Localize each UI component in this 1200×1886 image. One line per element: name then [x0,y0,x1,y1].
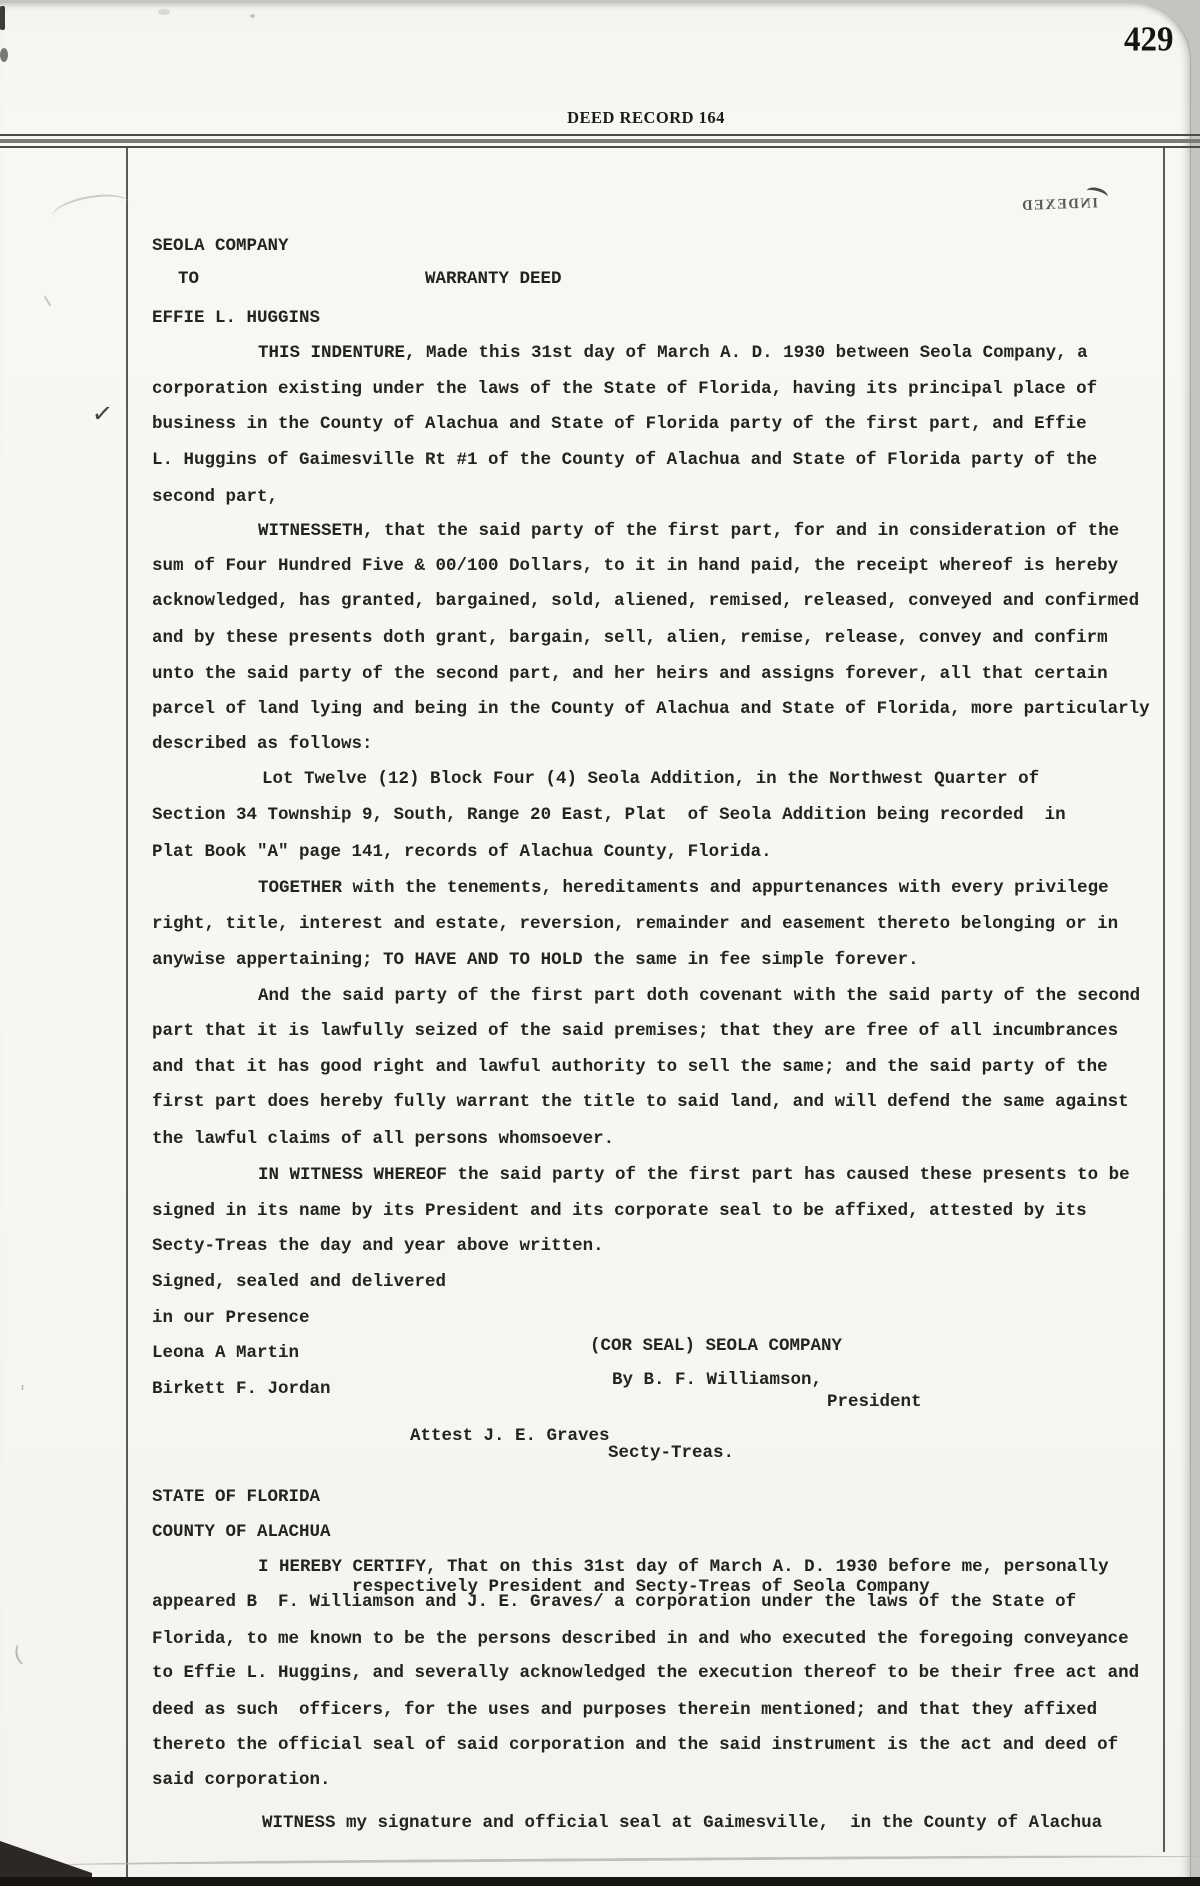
notary-line: thereto the official seal of said corpor… [152,1734,1118,1756]
dust-speck [250,14,255,18]
deed-line: L. Huggins of Gaimesville Rt #1 of the C… [152,449,1097,471]
scanned-deed-page: { "page": { "number": "429", "header": "… [0,0,1200,1886]
scan-background-band [0,1877,1200,1886]
deed-line: sum of Four Hundred Five & 00/100 Dollar… [152,555,1118,577]
legal-description: Section 34 Township 9, South, Range 20 E… [152,804,1066,826]
notary-line: said corporation. [152,1769,331,1791]
deed-line: second part, [152,486,278,508]
deed-line: And the said party of the first part dot… [258,985,1140,1007]
horizontal-rule [0,146,1200,148]
attest-line: Attest J. E. Graves [410,1425,610,1447]
deed-line: anywise appertaining; TO HAVE AND TO HOL… [152,949,919,971]
notary-line: I HEREBY CERTIFY, That on this 31st day … [258,1556,1109,1578]
deed-line: signed in its name by its President and … [152,1200,1087,1222]
president-title: President [827,1391,922,1413]
grantor-name: SEOLA COMPANY [152,235,289,257]
deed-line: THIS INDENTURE, Made this 31st day of Ma… [258,342,1088,364]
deed-line: and by these presents doth grant, bargai… [152,627,1108,649]
deed-line: described as follows: [152,733,373,755]
horizontal-rule [0,134,1200,136]
edge-speck [0,48,8,62]
right-margin-rule [1163,148,1165,1852]
deed-line: in our Presence [152,1307,310,1329]
president-signature: By B. F. Williamson, [612,1369,822,1391]
secty-treas-title: Secty-Treas. [608,1442,734,1464]
deed-line: and that it has good right and lawful au… [152,1056,1108,1078]
notary-line: to Effie L. Huggins, and severally ackno… [152,1662,1139,1684]
deed-line: corporation existing under the laws of t… [152,378,1097,400]
deed-line: WITNESSETH, that the said party of the f… [258,520,1119,542]
to-label: TO [178,268,199,290]
grantee-name: EFFIE L. HUGGINS [152,307,320,329]
horizontal-rule [0,139,1200,143]
deed-line: part that it is lawfully seized of the s… [152,1020,1118,1042]
deed-line: first part does hereby fully warrant the… [152,1091,1129,1113]
page-number: 429 [1124,21,1174,60]
deed-line: TOGETHER with the tenements, hereditamen… [258,877,1109,899]
notary-line: WITNESS my signature and official seal a… [262,1812,1102,1834]
witness-signature: Leona A Martin [152,1342,299,1364]
deed-line: acknowledged, has granted, bargained, so… [152,590,1139,612]
dust-speck [158,9,170,15]
margin-checkmark: ✓ [91,398,115,429]
left-margin-rule [126,148,128,1886]
deed-line: Signed, sealed and delivered [152,1271,446,1293]
deed-line: IN WITNESS WHEREOF the said party of the… [258,1164,1130,1186]
legal-description: Plat Book "A" page 141, records of Alach… [152,841,772,863]
state-caption: STATE OF FLORIDA [152,1486,320,1508]
deed-line: Secty-Treas the day and year above writt… [152,1235,604,1257]
legal-description: Lot Twelve (12) Block Four (4) Seola Add… [262,768,1039,790]
deed-line: right, title, interest and estate, rever… [152,913,1118,935]
deed-line: parcel of land lying and being in the Co… [152,698,1150,720]
notary-line: appeared B F. Williamson and J. E. Grave… [152,1591,1076,1613]
notary-line: Florida, to me known to be the persons d… [152,1628,1129,1650]
deed-type-title: WARRANTY DEED [425,268,562,290]
indexed-stamp: INDEXED [1002,195,1099,215]
notary-line: deed as such officers, for the uses and … [152,1699,1097,1721]
edge-speck [0,6,5,30]
deed-line: the lawful claims of all persons whomsoe… [152,1128,614,1150]
corporate-seal-line: (COR SEAL) SEOLA COMPANY [590,1335,842,1357]
deed-line: business in the County of Alachua and St… [152,413,1087,435]
deed-line: unto the said party of the second part, … [152,663,1108,685]
witness-signature: Birkett F. Jordan [152,1378,331,1400]
county-caption: COUNTY OF ALACHUA [152,1521,331,1543]
pencil-mark: ' [20,1382,25,1403]
page-header: DEED RECORD 164 [46,108,1200,128]
